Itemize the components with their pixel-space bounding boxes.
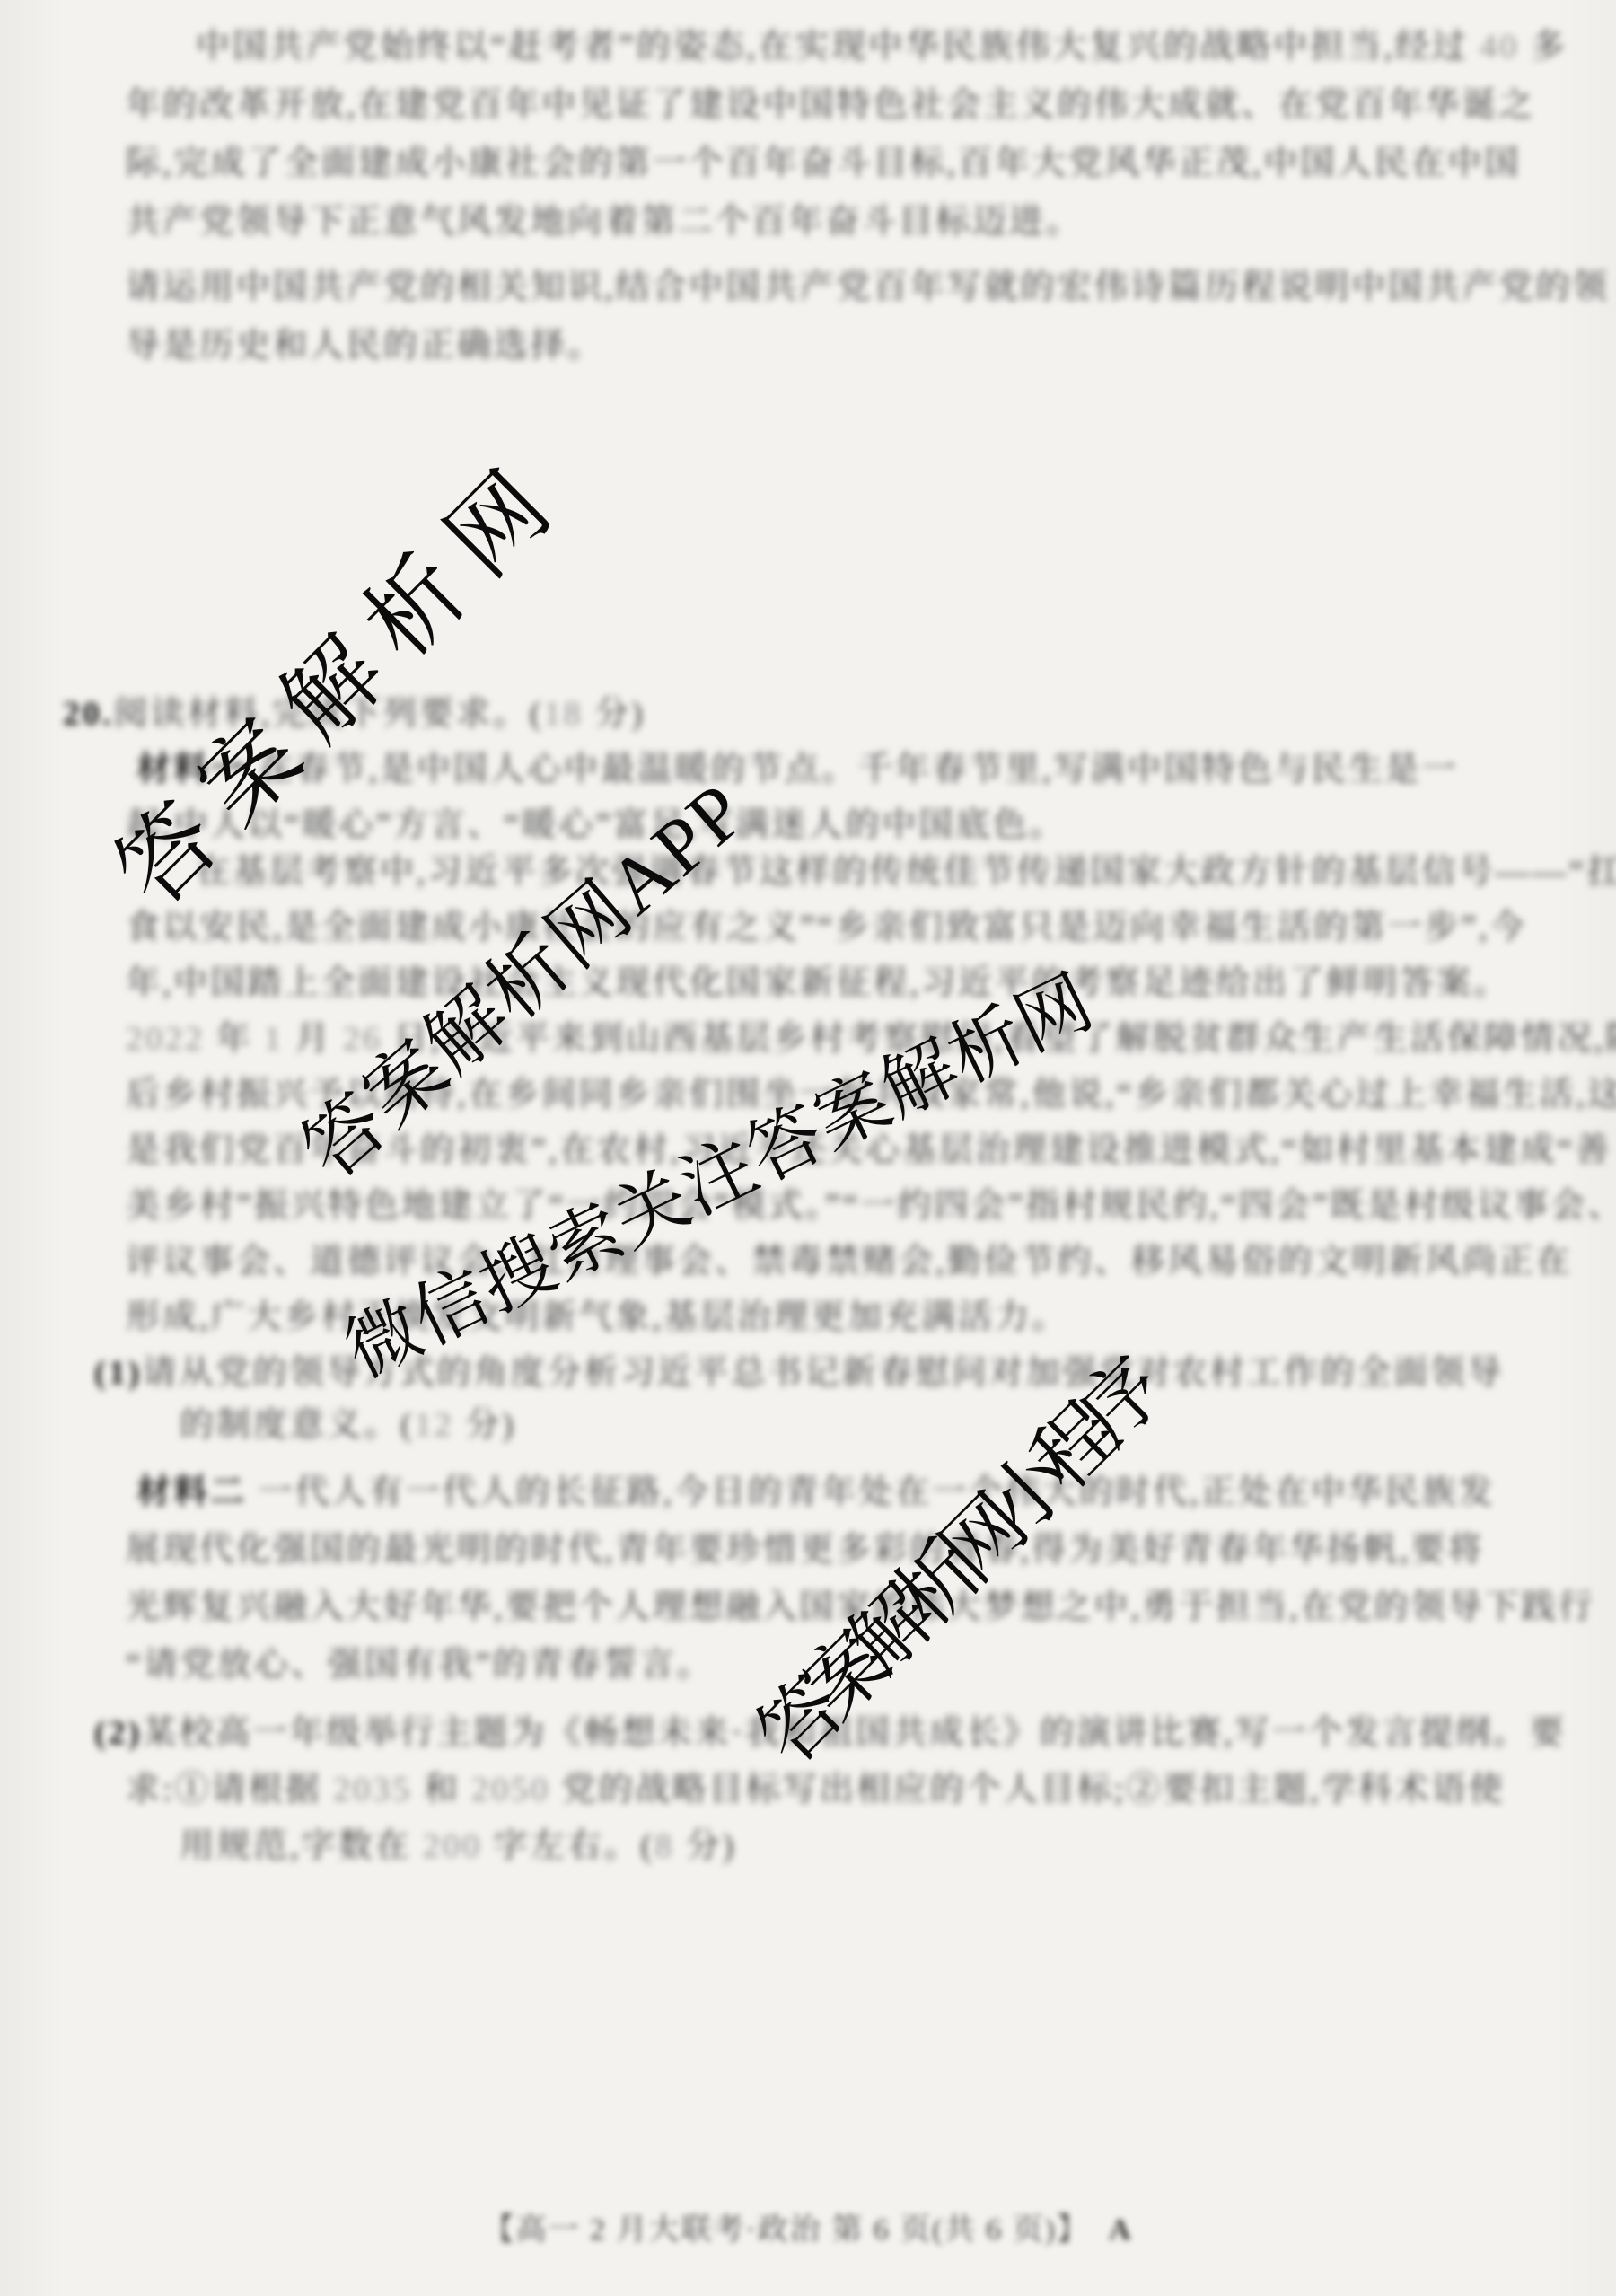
text-line: 求:①请根据 2035 和 2050 党的战略目标写出相应的个人目标;②要扣主题… [126, 1762, 1566, 1818]
numeral: 2035 [333, 1771, 412, 1808]
paper-grade-mark: A [1109, 2213, 1133, 2247]
numeral: 18 [544, 695, 584, 733]
numeral: 200 [423, 1827, 482, 1865]
block-label: 材料二 [136, 1473, 259, 1511]
numeral: 2022 [126, 1020, 205, 1058]
text-line: 材料二 一代人有一代人的长征路,今日的青年处在一个伟大的时代,正处在中华民族发 [126, 1464, 1595, 1521]
text-line: 食以安民,是全面建成小康社会的应有之义”“乡亲们致富只是迈向幸福生活的第一步”,… [126, 900, 1616, 955]
text-line: 际,完成了全面建成小康社会的第一个百年奋斗目标,百年大党风华正茂,中国人民在中国 [126, 135, 1568, 193]
numeral: 1 [264, 1020, 284, 1058]
text-line: 请运用中国共产党的相关知识,结合中国共产党百年写就的宏伟诗篇历程说明中国共产党的… [126, 259, 1610, 317]
text-line: (1)请从党的领导方式的角度分析习近平总书记新春慰问对加强党对农村工作的全面领导 [94, 1347, 1504, 1399]
text-line: 用规范,字数在 200 字左右。(8 分) [180, 1818, 1566, 1875]
text-line: 中国共产党始终以“赶考者”的姿态,在实现中华民族伟大复兴的战略中担当,经过 40… [126, 18, 1568, 76]
text-line: 的制度意义。(12 分) [180, 1399, 1504, 1451]
text-line: 共产党领导下正意气风发地向着第二个百年奋斗目标迈进。 [126, 193, 1568, 251]
block-label: (1) [94, 1354, 142, 1392]
text-line: 导是历史和人民的正确选择。 [126, 317, 1610, 375]
block-label: 20. [63, 695, 114, 733]
block-label: (2) [94, 1714, 142, 1752]
text-line: 评议事会、道德评议会、红白理事会、禁毒禁赌会,勤俭节约、移风易俗的文明新风尚正在 [126, 1234, 1616, 1289]
page-footer: 【高一 2 月大联考·政治 第 6 页(共 6 页)】A [0, 2211, 1616, 2250]
question-lead: 请运用中国共产党的相关知识,结合中国共产党百年写就的宏伟诗篇历程说明中国共产党的… [126, 259, 1610, 375]
text-line: 在基层考察中,习近平多次强调春节这样的传统佳节传递国家大政方针的基层信号——“扛… [126, 844, 1616, 900]
footer-text: 【高一 2 月大联考·政治 第 6 页(共 6 页)】 [483, 2213, 1088, 2247]
numeral: 8 [654, 1827, 674, 1865]
numeral: 40 [1480, 28, 1519, 66]
numeral: 2050 [471, 1771, 550, 1808]
text-line: 年的改革开放,在建党百年中见证了建设中国特色社会主义的伟大成就、在党百年华诞之 [126, 76, 1568, 135]
numeral: 12 [415, 1406, 454, 1444]
text-line: 展现代化强国的最光明的时代,青年要珍惜更多彩的青春,得为美好青春年华扬帆,要将 [126, 1521, 1595, 1579]
intro-paragraph: 中国共产党始终以“赶考者”的姿态,在实现中华民族伟大复兴的战略中担当,经过 40… [126, 18, 1568, 251]
text-line: 年,中国踏上全面建设社会主义现代化国家新征程,习近平的考察足迹给出了鲜明答案。 [126, 955, 1616, 1011]
sub-question-1: (1)请从党的领导方式的角度分析习近平总书记新春慰问对加强党对农村工作的全面领导… [94, 1347, 1504, 1451]
